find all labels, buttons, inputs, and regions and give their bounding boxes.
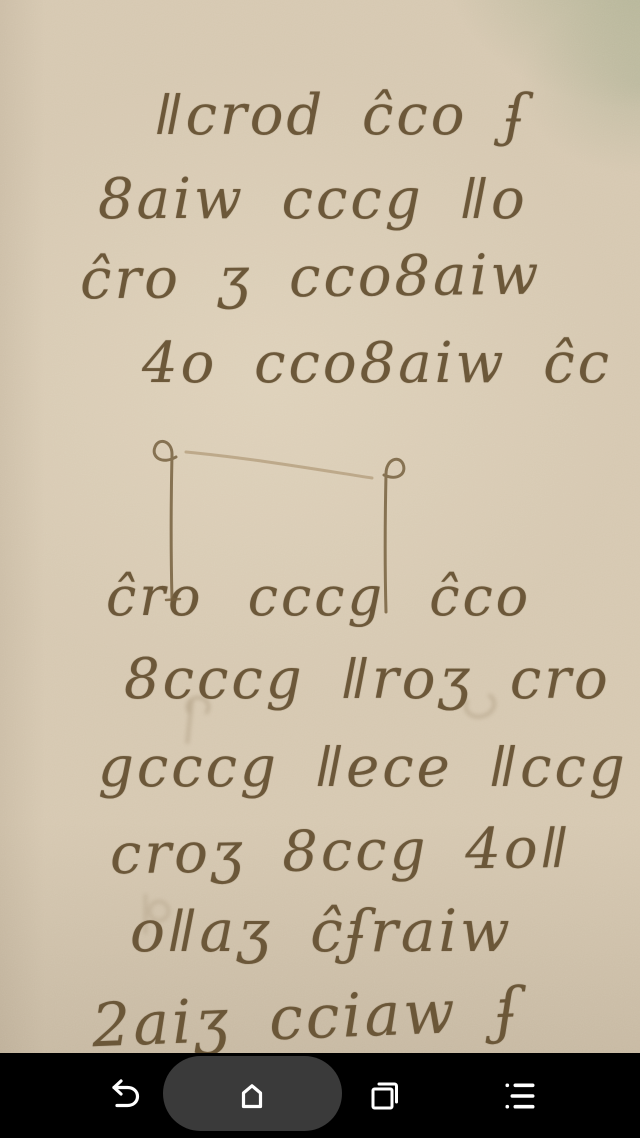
back-arrow-icon (102, 1076, 142, 1116)
home-icon (232, 1076, 272, 1116)
ink-showthrough-mark (136, 892, 186, 938)
list-button[interactable] (500, 1076, 540, 1116)
home-button[interactable] (232, 1076, 272, 1116)
list-icon (500, 1076, 540, 1116)
large-gallows-figure (0, 0, 640, 1053)
back-button[interactable] (102, 1076, 142, 1116)
manuscript-page-view[interactable]: ǁcrod ĉco ʄ 8aiw cccg ǁo ĉro ʒ cco8aiw 4… (0, 0, 640, 1053)
recents-icon (365, 1076, 405, 1116)
ink-showthrough-mark (462, 688, 502, 728)
recents-button[interactable] (365, 1076, 405, 1116)
ink-showthrough-mark (182, 696, 216, 748)
android-navigation-bar (0, 1053, 640, 1138)
